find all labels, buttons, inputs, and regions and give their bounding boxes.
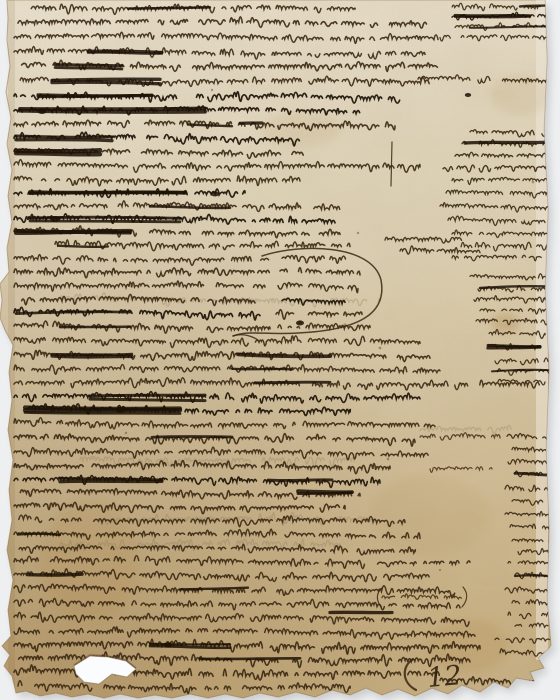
strikethrough-stroke	[55, 65, 122, 66]
strikethrough-stroke	[200, 658, 300, 659]
strikethrough-stroke	[25, 412, 180, 413]
strikethrough-stroke	[18, 534, 60, 535]
strikethrough-stroke	[28, 574, 82, 575]
foxing-speck	[387, 458, 390, 461]
foxing-speck	[125, 432, 127, 434]
strikethrough-stroke	[52, 82, 160, 84]
strikethrough-stroke	[52, 356, 132, 357]
strikethrough-stroke	[465, 142, 548, 143]
stain	[260, 112, 340, 148]
strikethrough-stroke	[55, 68, 122, 70]
strikethrough-stroke	[60, 327, 130, 328]
strikethrough-stroke	[88, 52, 162, 53]
strikethrough-stroke	[128, 7, 210, 8]
foxing-speck	[439, 569, 441, 571]
strikethrough-stroke	[515, 473, 548, 475]
foxing-speck	[532, 181, 535, 184]
folio-number: 12	[426, 660, 463, 694]
foxing-speck	[211, 89, 213, 91]
strikethrough-stroke	[16, 231, 130, 233]
strikethrough-stroke	[52, 354, 132, 355]
strikethrough-stroke	[232, 369, 292, 370]
strikethrough-stroke	[150, 644, 230, 645]
stain	[370, 475, 490, 555]
strikethrough-stroke	[30, 192, 185, 193]
strikethrough-stroke	[16, 140, 112, 141]
strikethrough-stroke	[58, 246, 108, 247]
ink-blot	[465, 93, 471, 97]
strikethrough-stroke	[298, 493, 352, 494]
strikethrough-stroke	[238, 354, 330, 356]
manuscript-page: 12	[0, 0, 560, 700]
ink-blot	[211, 192, 219, 197]
strikethrough-stroke	[455, 16, 530, 17]
foxing-speck	[379, 347, 382, 350]
foxing-speck	[357, 232, 359, 234]
strikethrough-stroke	[515, 575, 548, 576]
strikethrough-stroke	[16, 136, 112, 137]
ink-blot	[296, 321, 304, 326]
strikethrough-stroke	[152, 437, 232, 438]
strikethrough-stroke	[90, 395, 205, 396]
strikethrough-stroke	[20, 108, 205, 109]
strikethrough-stroke	[30, 217, 180, 218]
strikethrough-stroke	[25, 410, 180, 411]
strikethrough-stroke	[16, 153, 100, 154]
manuscript-scan: 12	[0, 0, 560, 700]
strikethrough-stroke	[150, 206, 230, 208]
strikethrough-stroke	[30, 221, 180, 222]
strikethrough-stroke	[90, 399, 205, 401]
strikethrough-stroke	[268, 480, 332, 481]
stain	[491, 313, 519, 333]
strikethrough-stroke	[20, 111, 205, 112]
strikethrough-stroke	[255, 382, 330, 383]
strikethrough-stroke	[488, 347, 540, 348]
strikethrough-stroke	[52, 79, 160, 80]
